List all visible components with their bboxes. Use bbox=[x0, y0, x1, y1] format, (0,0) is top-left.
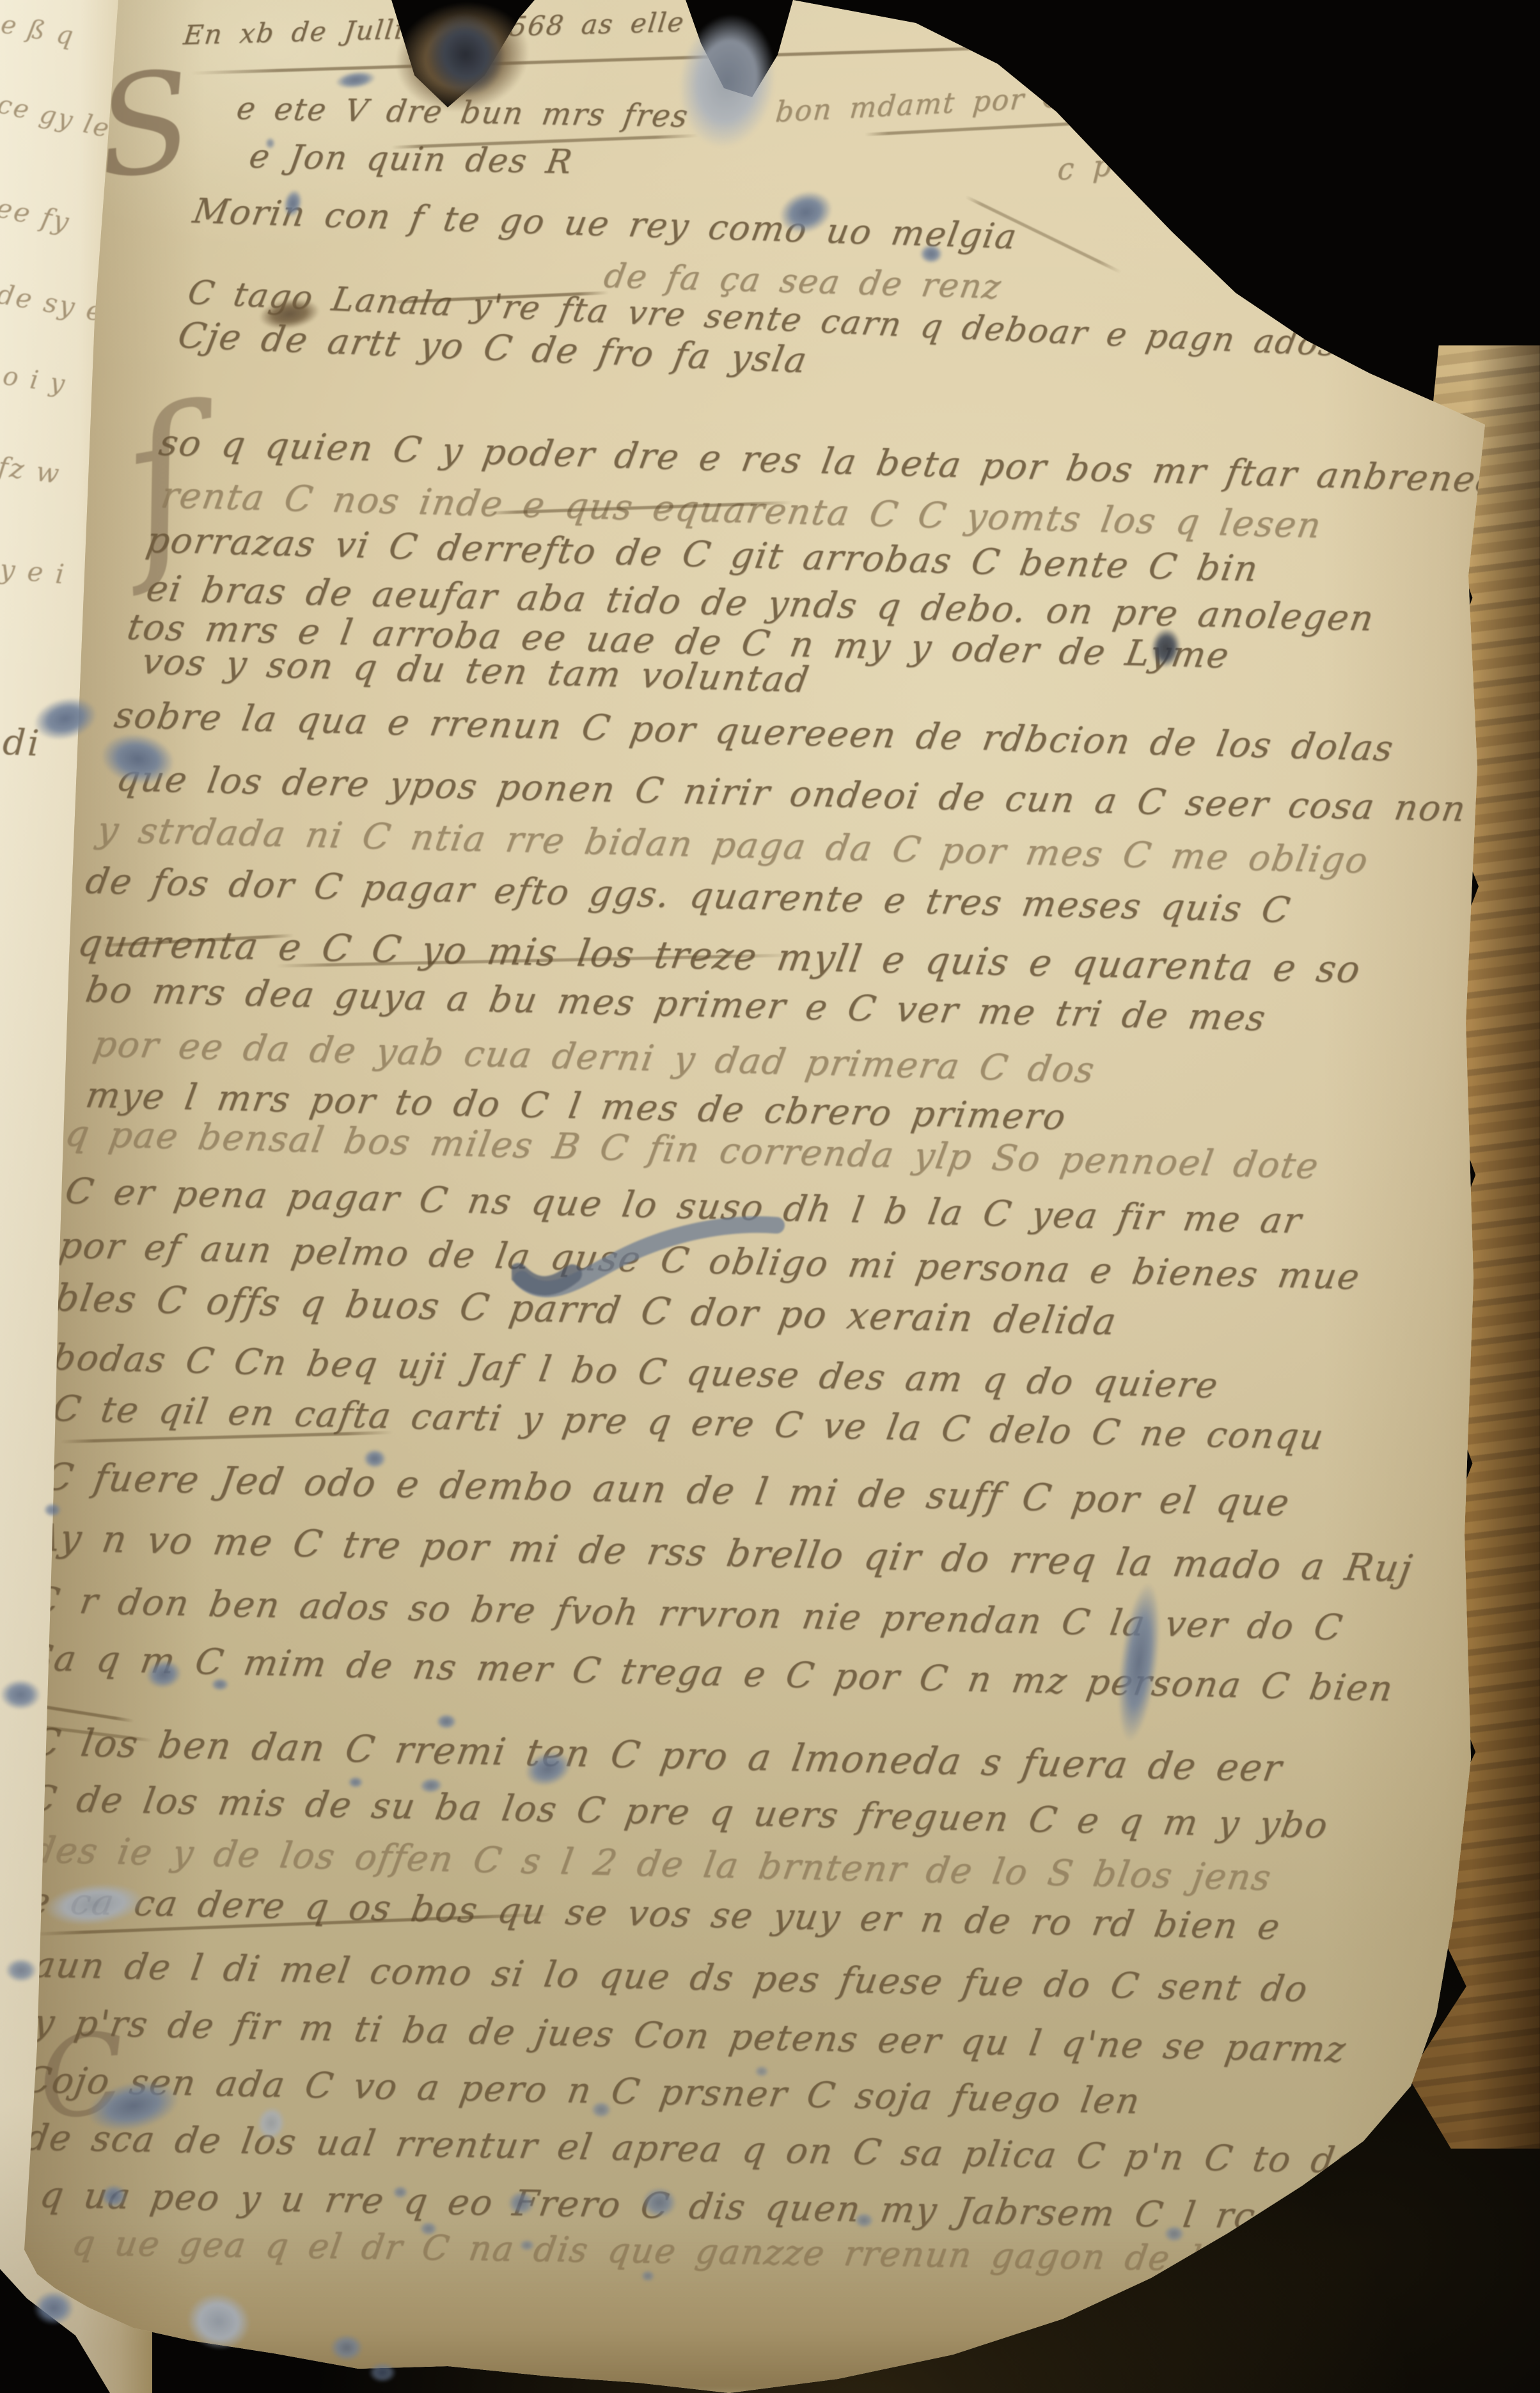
handwriting-line: aun de l di mel como si lo que ds pes fu… bbox=[31, 1944, 1312, 2010]
handwriting-line: En xb de Jullio de 1568 as elle b bbox=[182, 5, 721, 51]
marginalia-fragment: ce gy le bbox=[0, 90, 114, 144]
handwriting-line: Cojo sen ada C vo a pero n C prsner C so… bbox=[20, 2059, 1144, 2122]
manuscript-page: S ſ C En xb de Jullio de 1568 as elle bb… bbox=[0, 0, 1540, 2393]
marginalia-fragment: o i y bbox=[1, 361, 68, 399]
manuscript-photo: e ß qce gy leee fyde sy eo i yfz wy e id… bbox=[0, 0, 1540, 2393]
handwriting-line: bon mdamt por C bbox=[774, 81, 1067, 129]
pen-stroke bbox=[865, 121, 1101, 136]
marginalia-fragment: y e i bbox=[0, 553, 67, 590]
handwriting-line: Sa q m C mim de ns mer C trega e C por C… bbox=[25, 1637, 1397, 1709]
handwriting-line: Ay n vo me C tre por mi de rss brello qi… bbox=[30, 1516, 1416, 1590]
handwriting-line: Morin con f te go ue rey como uo melgia bbox=[190, 191, 1021, 256]
handwriting-line: sobre la qua e rrenun C por quereeen de … bbox=[111, 694, 1397, 769]
handwriting-line: c p ç e y bbox=[1057, 138, 1221, 187]
handwriting-line: e Jon quin des R bbox=[247, 137, 576, 182]
marginalia-fragment: fz w bbox=[0, 451, 63, 490]
handwriting-line: e ete V dre bun mrs fres bbox=[234, 91, 691, 134]
handwriting-line: C los ben dan C rremi ten C pro a lmoned… bbox=[28, 1720, 1285, 1790]
handwriting-line: C r don ben ados so bre fvoh rrvron nie … bbox=[29, 1580, 1346, 1649]
marginalia-fragment: di bbox=[2, 721, 42, 765]
marginalia-fragment: de sy e bbox=[0, 278, 107, 328]
handwriting-line: y p'rs de fir m ti ba de jues Con petens… bbox=[31, 2002, 1350, 2071]
marginalia-fragment: e ß q bbox=[0, 10, 77, 52]
marginalia-fragment: ee fy bbox=[0, 192, 74, 238]
handwriting-line: de sca de los ual rrentur el aprea q on … bbox=[22, 2117, 1381, 2182]
pen-stroke bbox=[191, 44, 1060, 75]
handwriting-line: C fuere Jed odo e dembo aun de l mi de s… bbox=[41, 1455, 1293, 1525]
